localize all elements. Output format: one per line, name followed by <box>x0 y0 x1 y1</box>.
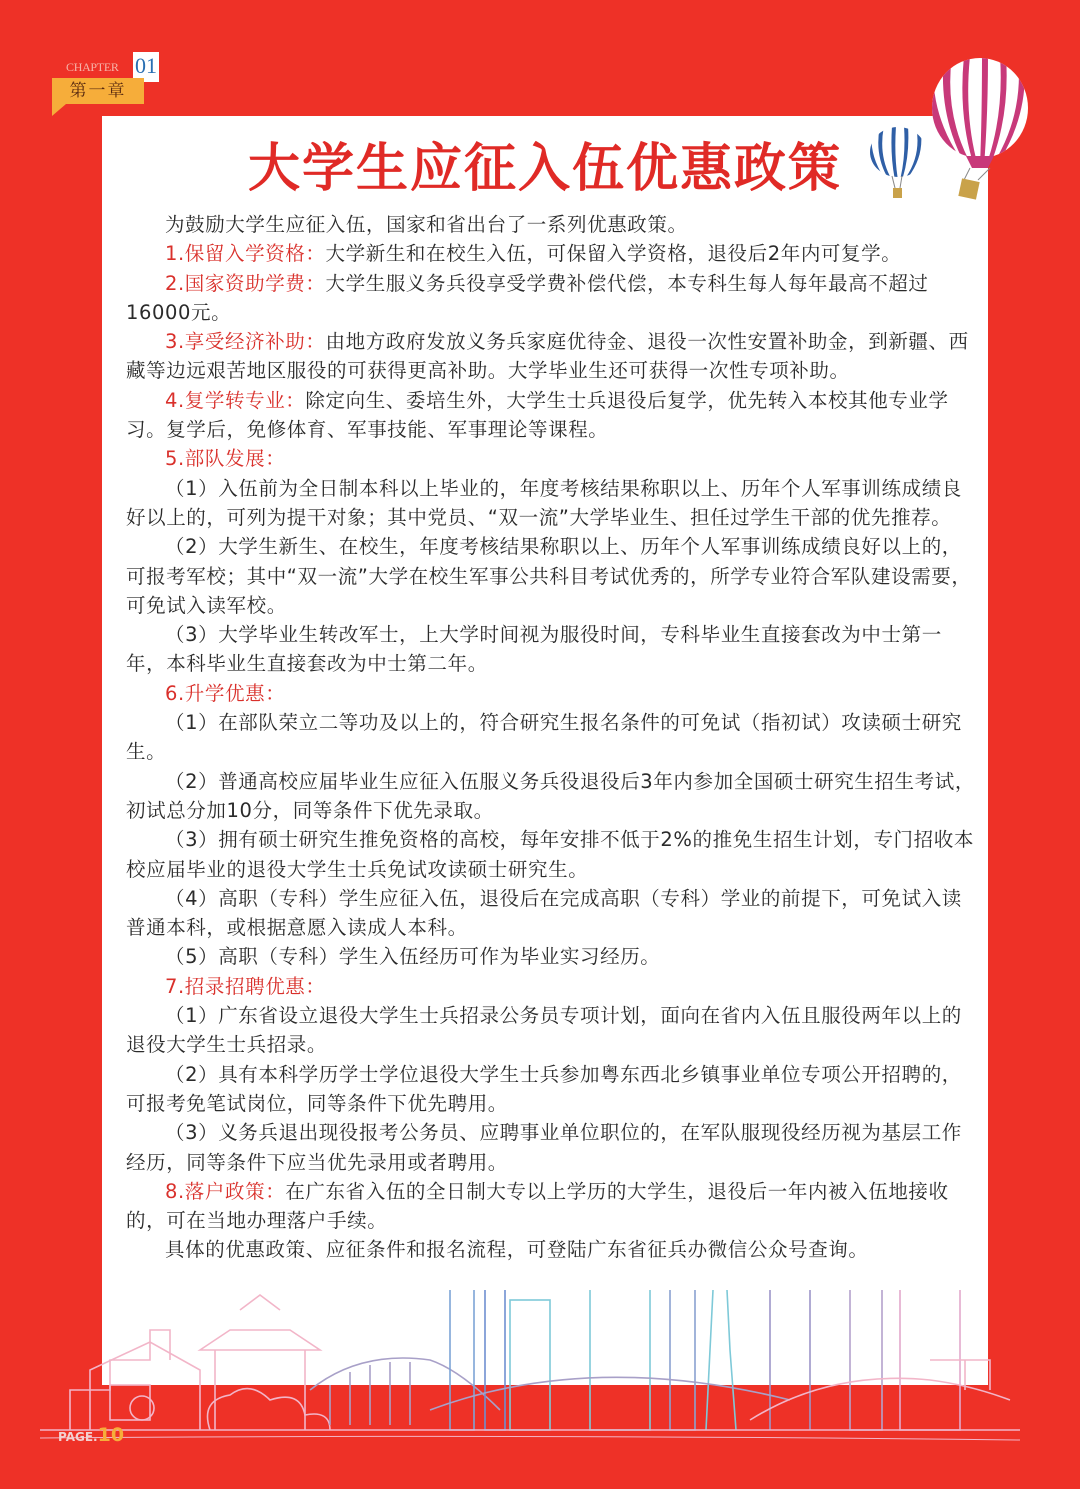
section-7-heading: 7.招录招聘优惠： <box>126 972 976 1001</box>
section-7-item: （3）义务兵退出现役报考公务员、应聘事业单位职位的，在军队服现役经历视为基层工作… <box>126 1118 976 1177</box>
section-6-item: （1）在部队荣立二等功及以上的，符合研究生报名条件的可免试（指初试）攻读硕士研究… <box>126 708 976 767</box>
section-6-item: （3）拥有硕士研究生推免资格的高校，每年安排不低于2%的推免生招生计划，专门招收… <box>126 825 976 884</box>
chapter-label: CHAPTER <box>66 60 119 75</box>
chapter-cn-label: 第一章 <box>52 78 144 104</box>
policy-content: 为鼓励大学生应征入伍，国家和省出台了一系列优惠政策。 1.保留入学资格：大学新生… <box>126 210 976 1265</box>
section-3: 3.享受经济补助：由地方政府发放义务兵家庭优待金、退役一次性安置补助金，到新疆、… <box>126 327 976 386</box>
section-5-item: （1）入伍前为全日制本科以上毕业的，年度考核结果称职以上、历年个人军事训练成绩良… <box>126 474 976 533</box>
closing-paragraph: 具体的优惠政策、应征条件和报名流程，可登陆广东省征兵办微信公众号查询。 <box>126 1235 976 1264</box>
section-7-item: （1）广东省设立退役大学生士兵招录公务员专项计划，面向在省内入伍且服役两年以上的… <box>126 1001 976 1060</box>
section-5-heading: 5.部队发展： <box>126 444 976 473</box>
section-2: 2.国家资助学费：大学生服义务兵役享受学费补偿代偿，本专科生每人每年最高不超过1… <box>126 269 976 328</box>
section-6-item: （2）普通高校应届毕业生应征入伍服义务兵役退役后3年内参加全国硕士研究生招生考试… <box>126 767 976 826</box>
section-heading: 1.保留入学资格： <box>165 242 326 265</box>
page-label: PAGE. <box>58 1430 98 1444</box>
section-heading: 8.落户政策： <box>165 1180 285 1203</box>
section-heading: 3.享受经济补助： <box>165 330 326 353</box>
intro-paragraph: 为鼓励大学生应征入伍，国家和省出台了一系列优惠政策。 <box>126 210 976 239</box>
chapter-tag: CHAPTER 01 第一章 <box>52 52 172 122</box>
speech-tail-icon <box>52 104 66 116</box>
section-5-item: （2）大学生新生、在校生，年度考核结果称职以上、历年个人军事训练成绩良好以上的，… <box>126 532 976 620</box>
page-title: 大学生应征入伍优惠政策 <box>0 126 1080 201</box>
page-number: 10 <box>98 1424 124 1446</box>
page-footer: PAGE.10 <box>58 1424 124 1446</box>
section-heading: 4.复学转专业： <box>165 389 305 412</box>
section-6-heading: 6.升学优惠： <box>126 679 976 708</box>
section-1: 1.保留入学资格：大学新生和在校生入伍，可保留入学资格，退役后2年内可复学。 <box>126 239 976 268</box>
section-4: 4.复学转专业：除定向生、委培生外，大学生士兵退役后复学，优先转入本校其他专业学… <box>126 386 976 445</box>
section-8: 8.落户政策：在广东省入伍的全日制大专以上学历的大学生，退役后一年内被入伍地接收… <box>126 1177 976 1236</box>
section-6-item: （5）高职（专科）学生入伍经历可作为毕业实习经历。 <box>126 942 976 971</box>
section-text: 大学新生和在校生入伍，可保留入学资格，退役后2年内可复学。 <box>326 242 902 265</box>
section-5-item: （3）大学毕业生转改军士，上大学时间视为服役时间，专科毕业生直接套改为中士第一年… <box>126 620 976 679</box>
section-6-item: （4）高职（专科）学生应征入伍，退役后在完成高职（专科）学业的前提下，可免试入读… <box>126 884 976 943</box>
section-heading: 2.国家资助学费： <box>165 272 326 295</box>
section-7-item: （2）具有本科学历学士学位退役大学生士兵参加粤东西北乡镇事业单位专项公开招聘的，… <box>126 1060 976 1119</box>
